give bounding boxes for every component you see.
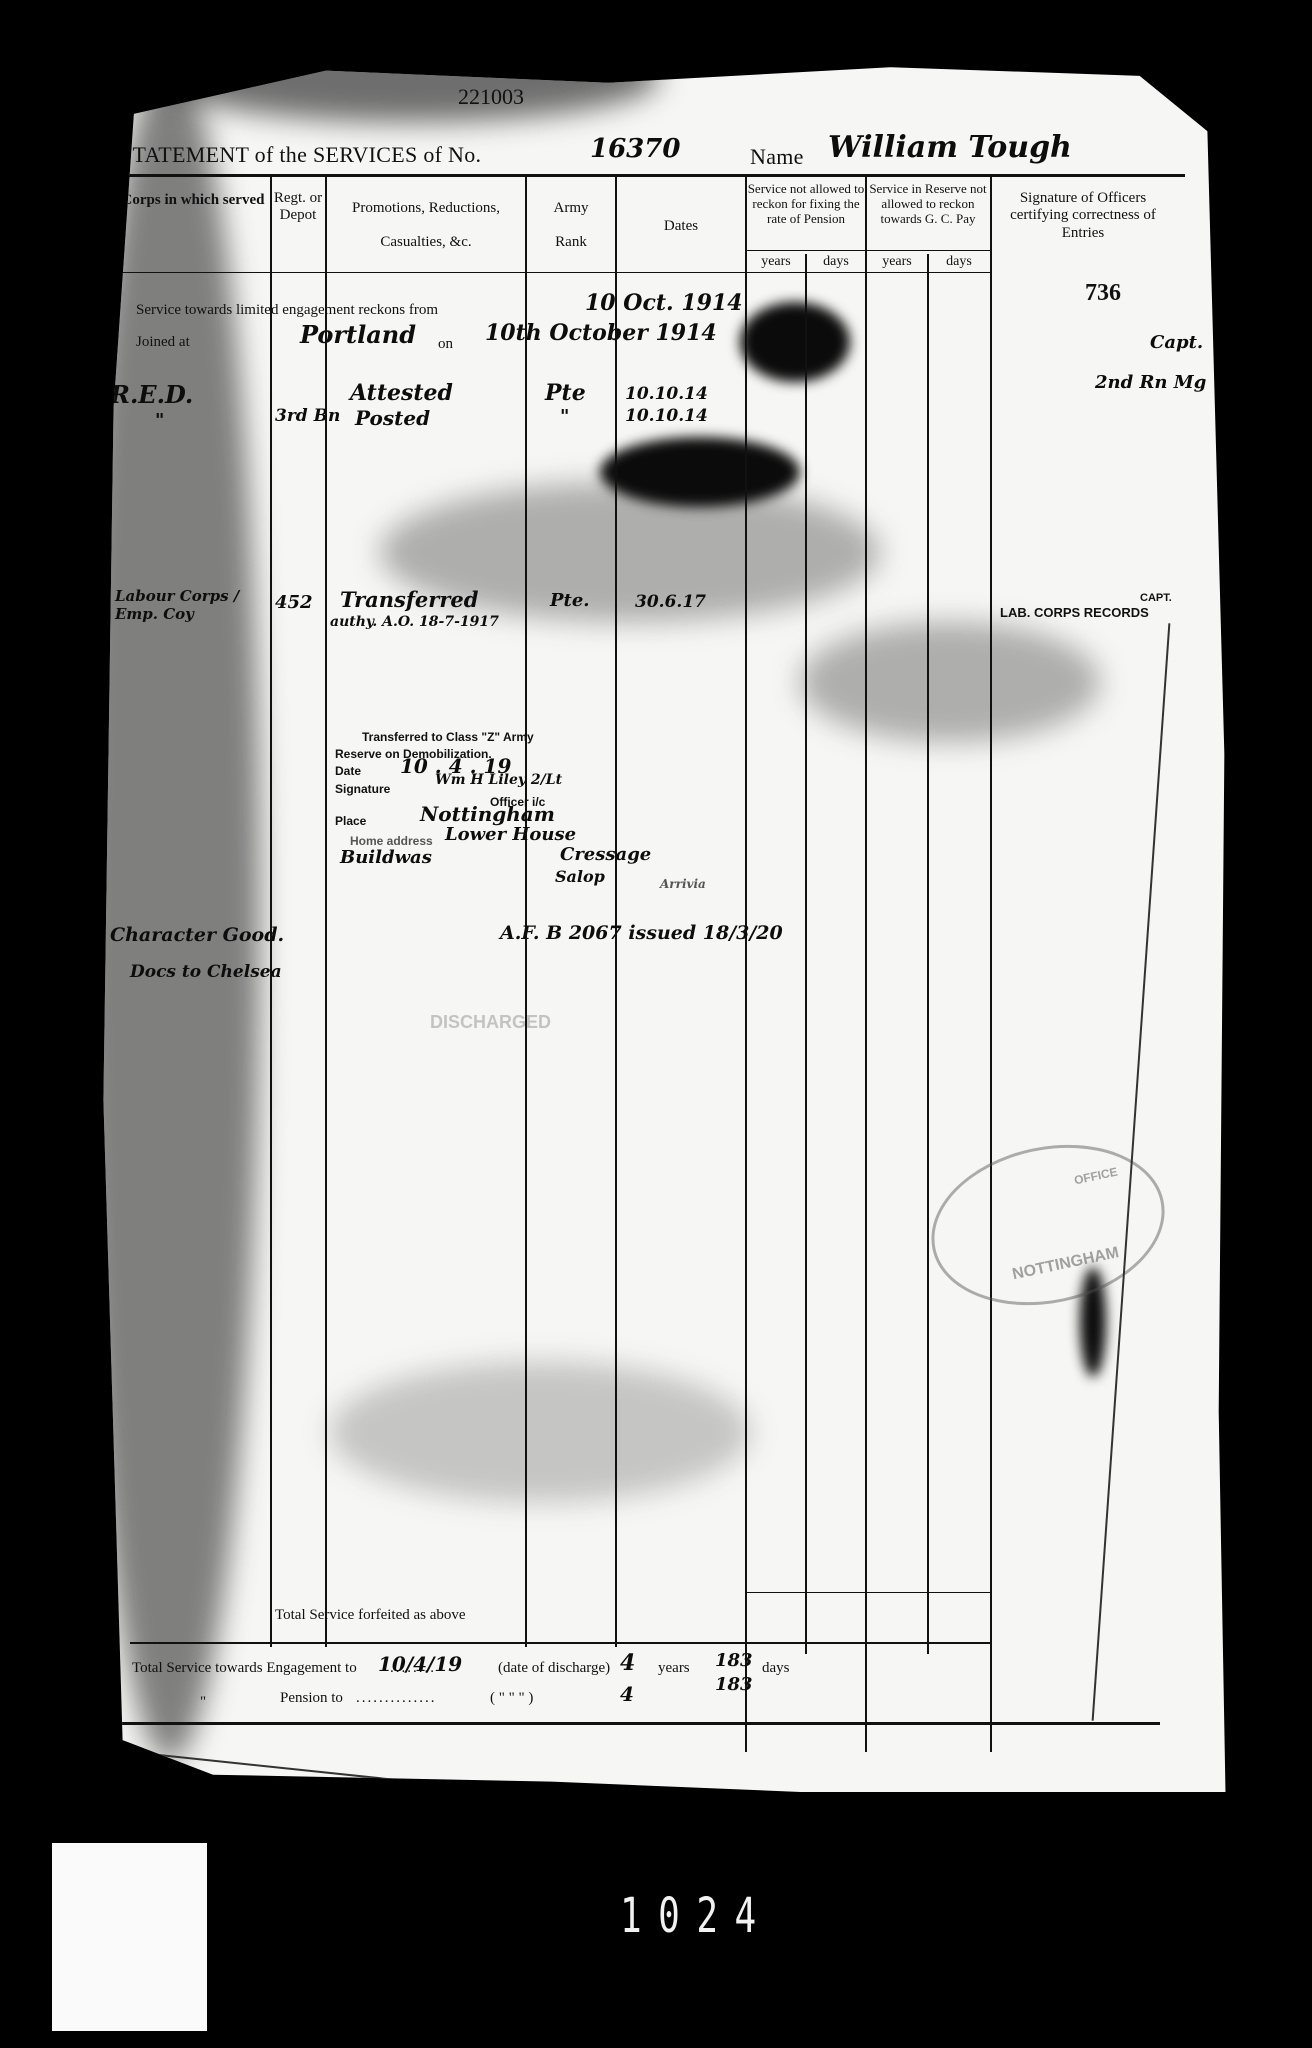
totals-rule [745,1592,991,1593]
demob-signature-label: Signature [335,782,390,796]
col-line [270,177,272,1647]
header-rank-1: Army [527,200,615,217]
pension-ditto: ( " " " ) [490,1690,533,1707]
row3-event: Transferred [340,587,478,612]
pension-label: Pension to [280,1690,343,1707]
forfeited-rule [130,1642,991,1644]
forfeited-label: Total Service forfeited as above [275,1607,466,1624]
header-rule [115,272,990,273]
header-service-reserve: Service in Reserve not allowed to reckon… [867,182,989,227]
engagement-label: Total Service towards Engagement to [132,1660,357,1677]
demob-address-2: Buildwas [340,847,432,868]
demob-line1: Transferred to Class "Z" Army [362,730,534,744]
row3-event-note: authy. A.O. 18-7-1917 [330,614,499,630]
header-promotions-2: Casualties, &c. [328,234,524,251]
demob-address-label: Home address [350,834,433,848]
row2-event: Posted [355,406,430,430]
row1-rank: Pte [545,380,586,406]
name-label: Name [750,144,804,170]
officer-initial-1: Capt. [1150,332,1203,353]
pension-days: 183 [715,1674,753,1695]
row1-corps: R.E.D. [110,380,193,409]
row2-rank: " [560,406,569,427]
joined-date: 10th October 1914 [485,320,717,346]
character-remark: Character Good. [110,924,284,946]
header-regt: Regt. or Depot [272,190,324,225]
header-corps: Corps in which served [118,192,268,209]
film-label-card [52,1843,207,2031]
row3-corps: Labour Corps / Emp. Coy [115,587,265,623]
demob-signature-value: Wm H Liley 2/Lt [435,772,562,788]
pension-years: 4 [620,1682,634,1706]
dots: .............. [356,1690,437,1707]
pension-ditto-mark: " [200,1694,206,1711]
row1-event: Attested [350,380,453,406]
ink-blot [600,437,800,507]
on-label: on [438,336,453,353]
film-frame-number: 1024 [620,1888,773,1944]
col-line [927,254,929,1654]
demob-place-label: Place [335,814,366,828]
discharged-stamp: DISCHARGED [430,1012,551,1033]
col-line [615,177,617,1647]
joined-place: Portland [300,320,416,349]
header-service-not-allowed: Service not allowed to reckon for fixing… [747,182,865,227]
days-label: days [762,1660,790,1677]
ink-blot [740,302,850,382]
demob-date-label: Date [335,764,361,778]
header-rank-2: Rank [527,234,615,251]
soldier-name: William Tough [828,130,1072,165]
smudge [800,622,1100,742]
demob-address-1: Lower House [445,824,576,845]
row3-rank: Pte. [550,590,590,611]
row3-regt: 452 [275,592,313,613]
service-number: 16370 [590,134,680,164]
stamp-text-side: OFFICE [1073,1165,1119,1188]
row1-date: 10.10.14 [625,384,708,404]
service-record-page: 221003 STATEMENT of the SERVICES of No. … [100,62,1230,1792]
docs-remark: Docs to Chelsea [130,962,282,982]
col-line [325,177,327,1647]
lab-corps-capt: CAPT. [1140,592,1172,604]
demob-address-3: Cressage [560,844,651,865]
joined-label: Joined at [136,334,190,351]
col-line [525,177,527,1647]
scan-shadow-top [160,32,660,122]
oval-office-stamp: NOTTINGHAM OFFICE [916,1124,1179,1326]
header-signature: Signature of Officers certifying correct… [993,190,1173,242]
engagement-date: 10/4/19 [378,1652,462,1676]
header-dates: Dates [617,218,745,235]
col-line [745,177,747,1752]
bottom-rule [100,1722,1160,1725]
form-title: STATEMENT of the SERVICES of No. [120,142,481,168]
reckons-value: 10 Oct. 1914 [585,290,743,316]
row2-date: 10.10.14 [625,406,708,426]
issued-note: Arrivia [660,877,706,891]
years-label: years [658,1660,690,1677]
row3-date: 30.6.17 [635,592,706,612]
page-number-stamp: 736 [1085,280,1121,307]
header-days-2: days [929,254,989,270]
title-rule [115,174,1185,177]
header-promotions-1: Promotions, Reductions, [328,200,524,217]
reckons-label: Service towards limited engagement recko… [136,302,438,319]
col-line [990,177,992,1752]
ref-number: 221003 [458,84,524,110]
discharge-label: (date of discharge) [498,1660,610,1677]
engagement-days: 183 [715,1650,753,1671]
header-days-1: days [807,254,865,270]
row2-regt: 3rd Bn [275,406,340,426]
lab-corps-records: LAB. CORPS RECORDS [1000,605,1149,620]
col-line [865,177,867,1752]
subheader-rule [745,250,991,251]
engagement-years: 4 [620,1650,635,1676]
stamp-text-bottom: NOTTINGHAM [1011,1244,1121,1284]
header-years-1: years [747,254,805,270]
demob-address-4: Salop [555,867,605,886]
header-years-2: years [867,254,927,270]
demob-place-value: Nottingham [420,802,555,826]
officer-initial-2: 2nd Rn Mg [1095,372,1206,393]
col-line [805,254,807,1654]
row2-corps: " [155,410,164,431]
afb-remark: A.F. B 2067 issued 18/3/20 [500,922,783,944]
smudge [330,1362,750,1502]
fold-line [140,1752,637,1806]
